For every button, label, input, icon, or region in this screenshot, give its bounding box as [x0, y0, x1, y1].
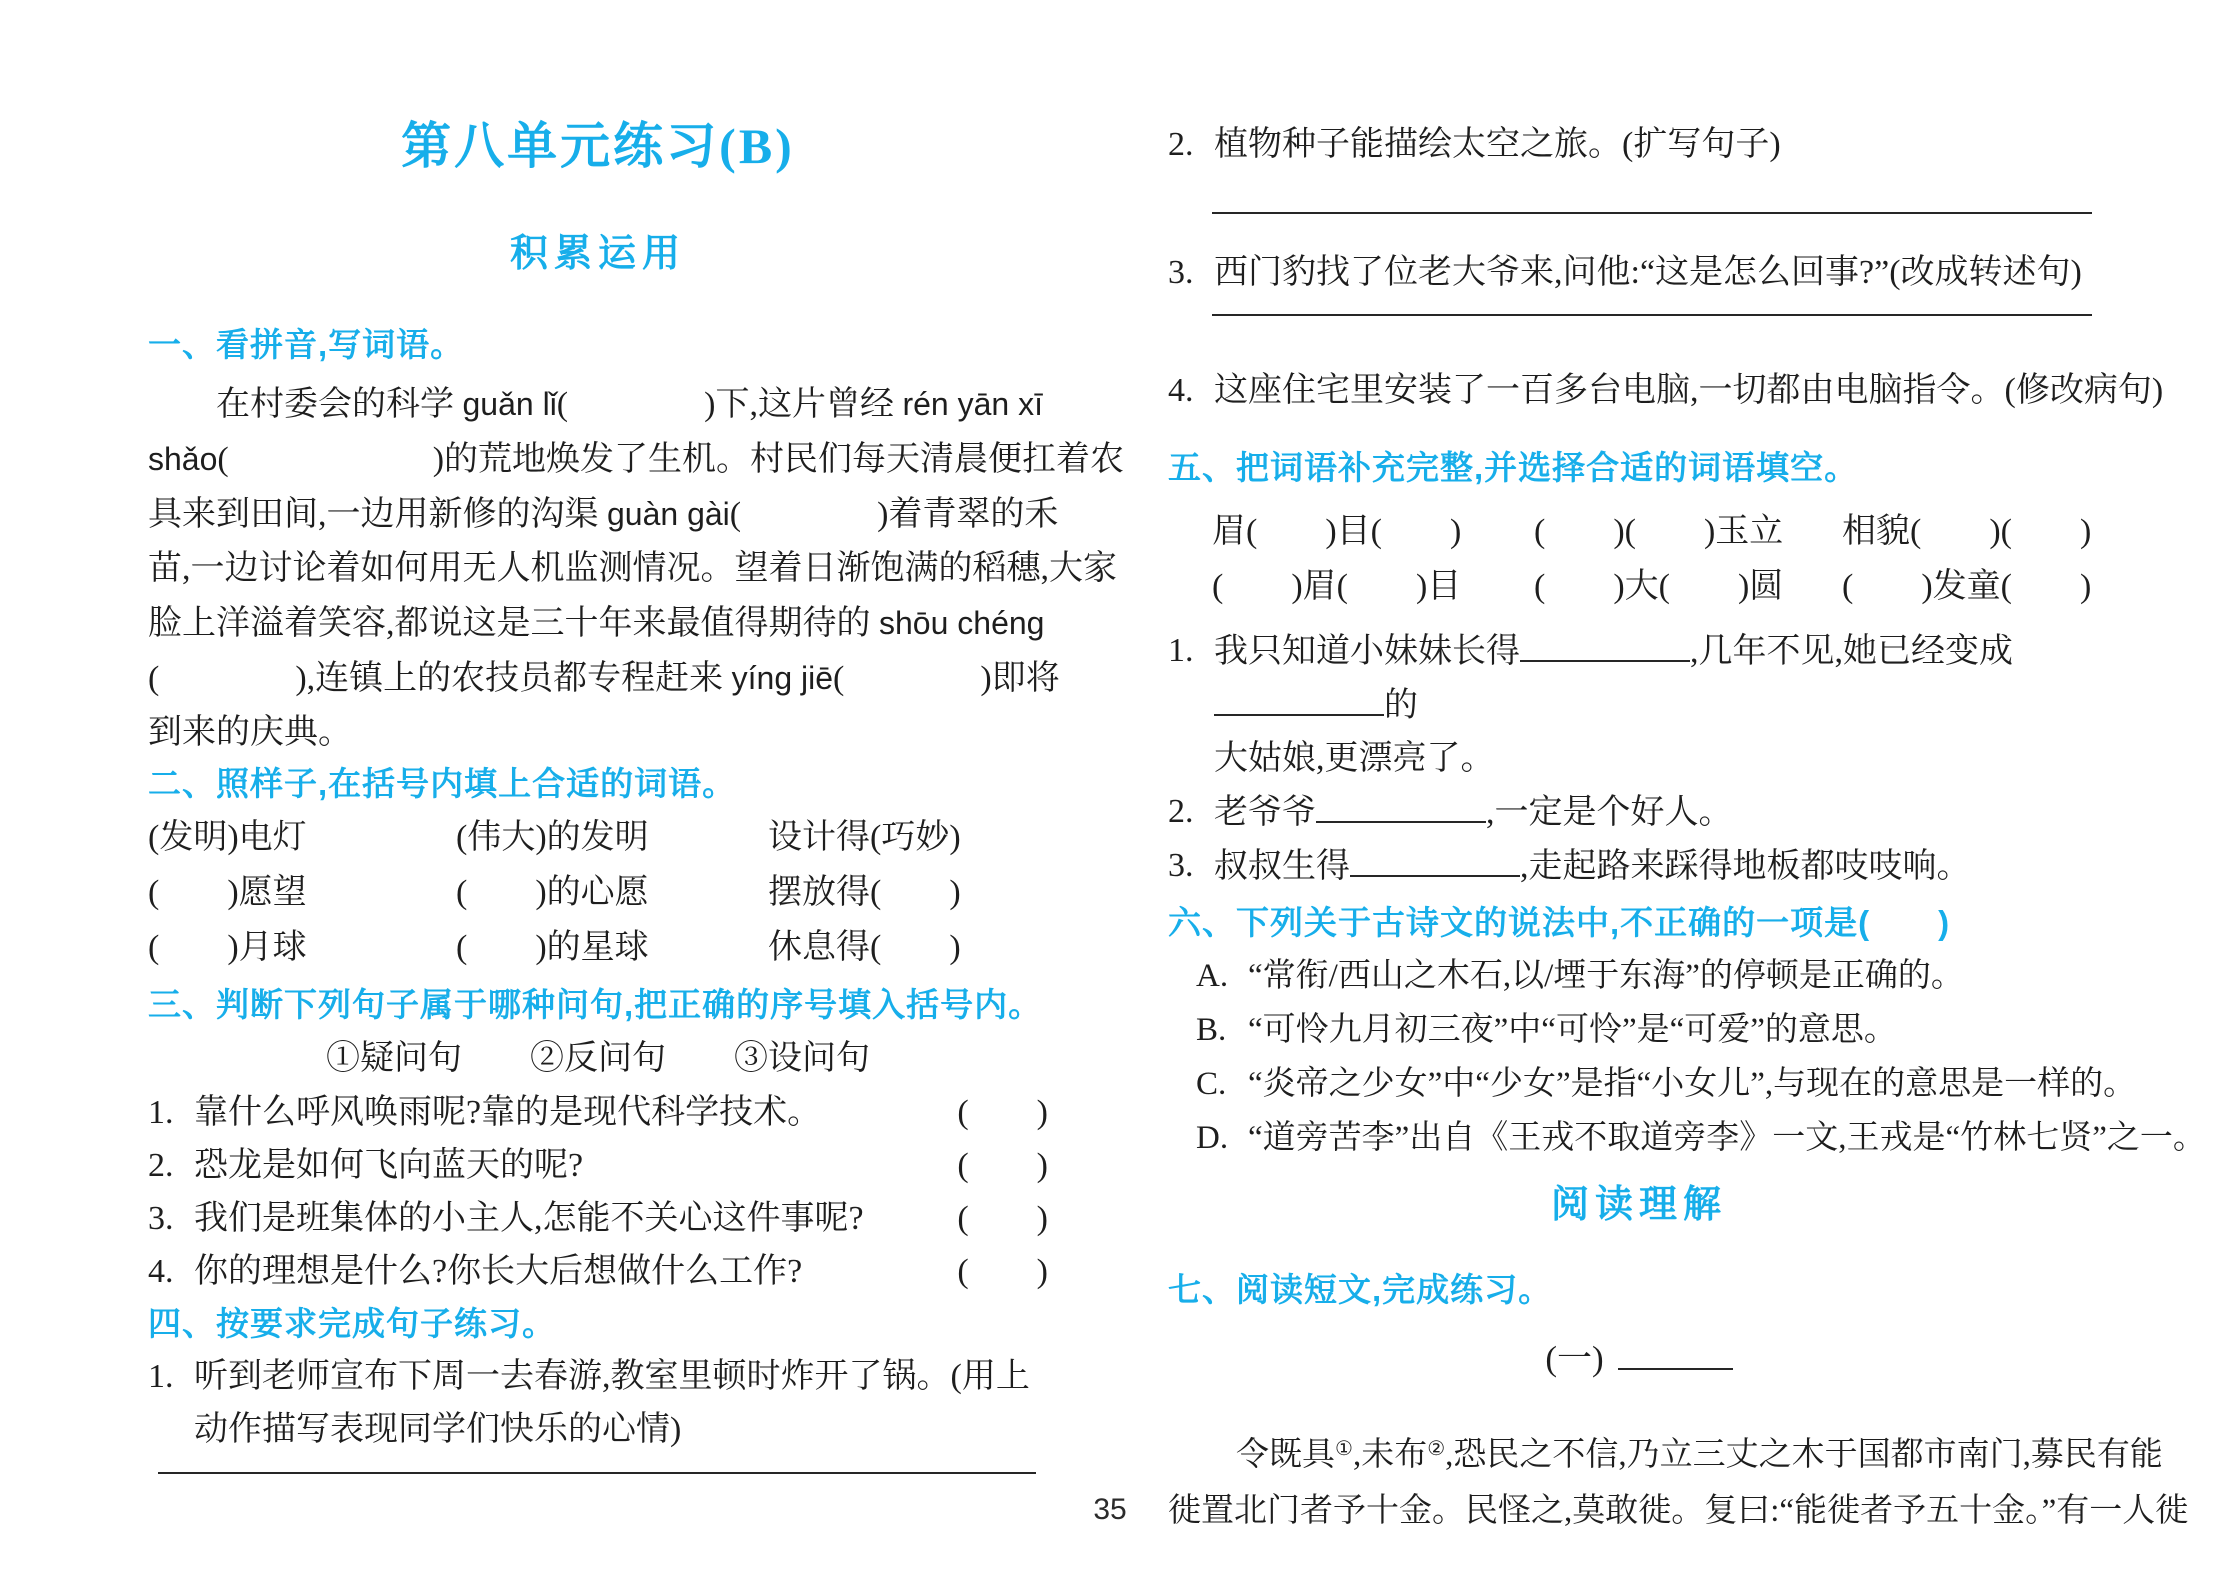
item-number: 2. [1168, 118, 1214, 172]
passage-text: 令既具 [1236, 1437, 1335, 1473]
bracket-answer: ( ) [957, 1192, 1048, 1245]
word-fill-cell: ( )的星球 [456, 920, 768, 975]
item-number: 3. [1168, 246, 1214, 300]
sentence-exercise-item: 1. 听到老师宣布下周一去春游,教室里顿时炸开了锅。(用上动作描写表现同学们快乐… [148, 1350, 1048, 1456]
section7-heading: 七、阅读短文,完成练习。 [1168, 1268, 2110, 1312]
chinese-text: ( )即将 [833, 660, 1060, 697]
part-title-reading: 阅读理解 [1168, 1173, 2110, 1228]
option-letter: C. [1196, 1057, 1248, 1111]
chinese-text: 在村委会的科学 [216, 386, 463, 423]
item-text-segment: 老爷爷 [1214, 794, 1316, 831]
item-text: 我只知道小妹妹长得,几年不见,她已经变成的大姑娘,更漂亮了。 [1214, 624, 2110, 785]
footnote-marker-1: ① [1335, 1438, 1353, 1460]
bracket-answer: ( ) [957, 1086, 1048, 1139]
item-text: 听到老师宣布下周一去春游,教室里顿时炸开了锅。(用上动作描写表现同学们快乐的心情… [194, 1350, 1048, 1456]
item-text: 植物种子能描绘太空之旅。(扩写句子) [1214, 118, 1781, 172]
item-text: 西门豹找了位老大爷来,问他:“这是怎么回事?”(改成转述句) [1214, 246, 2082, 300]
answer-line [158, 1472, 1036, 1474]
item-text: 叔叔生得,走起路来踩得地板都吱吱响。 [1214, 839, 2110, 893]
option-letter: D. [1196, 1111, 1248, 1165]
left-column: 第八单元练习(B) 积累运用 一、看拼音,写词语。 在村委会的科学 guǎn l… [148, 0, 1048, 1474]
idiom-fill-cell: ( )眉( )目 [1212, 559, 1534, 614]
item-text: 恐龙是如何飞向蓝天的呢? [194, 1139, 583, 1192]
chinese-text: ( )着青翠的禾 [730, 496, 1059, 533]
item-text: 靠什么呼风唤雨呢?靠的是现代科学技术。 [194, 1086, 821, 1139]
item-text-segment: ,几年不见,她已经变成 [1690, 633, 2013, 670]
word-fill-cell: (伟大)的发明 [456, 810, 768, 865]
idiom-fill-cell: ( )发童( ) [1842, 559, 2110, 614]
title-blank [1618, 1334, 1733, 1370]
item-number: 1. [1168, 624, 1214, 785]
idiom-sentence-item: 1. 我只知道小妹妹长得,几年不见,她已经变成的大姑娘,更漂亮了。 [1168, 624, 2110, 785]
option-item: D. “道旁苦李”出自《王戎不取道旁李》一文,王戎是“竹林七贤”之一。 [1168, 1111, 2110, 1165]
paragraph-line: 脸上洋溢着笑容,都说这是三十年来最值得期待的 shōu chéng [148, 596, 1048, 651]
section4-heading: 四、按要求完成句子练习。 [148, 1302, 1048, 1346]
item-text-segment: 我只知道小妹妹长得 [1214, 633, 1520, 670]
item-text: 我们是班集体的小主人,怎能不关心这件事呢? [194, 1192, 864, 1245]
section2-heading: 二、照样子,在括号内填上合适的词语。 [148, 762, 1048, 806]
chinese-text: ( )的荒地焕发了生机。村民们每天清晨便扛着农 [217, 441, 1124, 478]
item-number: 3. [148, 1192, 194, 1245]
word-fill-cell: (发明)电灯 [148, 810, 456, 865]
item-text-segment: 的 [1384, 687, 1418, 724]
worksheet-page: 第八单元练习(B) 积累运用 一、看拼音,写词语。 在村委会的科学 guǎn l… [0, 0, 2220, 1571]
item-text: 这座住宅里安装了一百多台电脑,一切都由电脑指令。(修改病句) [1214, 364, 2163, 418]
pinyin-paragraph: 在村委会的科学 guǎn lǐ( )下,这片曾经 rén yān xī shǎo… [148, 377, 1048, 760]
paragraph-line: ( ),连镇上的农技员都专程赶来 yíng jiē( )即将 [148, 651, 1048, 706]
idiom-fill-grid: 眉( )目( ) ( )( )玉立 相貌( )( ) ( )眉( )目 ( )大… [1168, 504, 2110, 614]
pinyin-text: guǎn lǐ [463, 386, 557, 422]
idiom-sentence-item: 3. 叔叔生得,走起路来踩得地板都吱吱响。 [1168, 839, 2110, 893]
passage-label: (一) [1545, 1339, 1603, 1378]
chinese-text: ( )下,这片曾经 [557, 386, 903, 423]
option-text: “道旁苦李”出自《王戎不取道旁李》一文,王戎是“竹林七贤”之一。 [1248, 1111, 2206, 1165]
question-item: 4.你的理想是什么?你长大后想做什么工作? ( ) [148, 1245, 1048, 1298]
item-text-segment: ,一定是个好人。 [1486, 794, 1733, 831]
pinyin-text: guàn gài [607, 496, 730, 532]
sentence-exercise-item: 2. 植物种子能描绘太空之旅。(扩写句子) [1168, 118, 2110, 172]
word-fill-cell: ( )的心愿 [456, 865, 768, 920]
bracket-answer: ( ) [957, 1139, 1048, 1192]
word-fill-cell: 休息得( ) [768, 920, 1048, 975]
idiom-sentence-item: 2. 老爷爷,一定是个好人。 [1168, 785, 2110, 839]
option-letter: B. [1196, 1003, 1248, 1057]
idiom-fill-cell: 眉( )目( ) [1212, 504, 1534, 559]
item-text: 老爷爷,一定是个好人。 [1214, 785, 2110, 839]
item-number: 2. [148, 1139, 194, 1192]
right-column: 2. 植物种子能描绘太空之旅。(扩写句子) 3. 西门豹找了位老大爷来,问他:“… [1168, 0, 2110, 1539]
sentence-exercise-item: 4. 这座住宅里安装了一百多台电脑,一切都由电脑指令。(修改病句) [1168, 364, 2110, 418]
sentence-exercise-item: 3. 西门豹找了位老大爷来,问他:“这是怎么回事?”(改成转述句) [1168, 246, 2110, 300]
bracket-answer: ( ) [957, 1245, 1048, 1298]
word-fill-cell: 摆放得( ) [768, 865, 1048, 920]
item-number: 1. [148, 1350, 194, 1456]
item-number: 3. [1168, 839, 1214, 893]
section6-heading: 六、下列关于古诗文的说法中,不正确的一项是( ) [1168, 901, 2110, 945]
passage-subtitle: (一) [1168, 1334, 2110, 1381]
chinese-text: ( ),连镇上的农技员都专程赶来 [148, 660, 732, 697]
question-item: 3.我们是班集体的小主人,怎能不关心这件事呢? ( ) [148, 1192, 1048, 1245]
item-text-segment: ,走起路来踩得地板都吱吱响。 [1520, 848, 1971, 885]
pinyin-text: rén yān xī [902, 386, 1043, 422]
option-item: A. “常衔/西山之木石,以/堙于东海”的停顿是正确的。 [1168, 949, 2110, 1003]
answer-line [1212, 212, 2092, 214]
idiom-sentence-list: 1. 我只知道小妹妹长得,几年不见,她已经变成的大姑娘,更漂亮了。 2. 老爷爷… [1168, 624, 2110, 893]
answer-blank [1520, 624, 1690, 662]
doc-title: 第八单元练习(B) [148, 106, 1048, 178]
option-text: “炎帝之少女”中“少女”是指“小女儿”,与现在的意思是一样的。 [1248, 1057, 2136, 1111]
idiom-fill-cell: ( )( )玉立 [1534, 504, 1842, 559]
passage-line: 令既具①,未布②,恐民之不信,乃立三丈之木于国都市南门,募民有能 [1168, 1421, 2110, 1483]
item-number: 4. [148, 1245, 194, 1298]
answer-blank [1214, 678, 1384, 716]
item-text-segment: 大姑娘,更漂亮了。 [1214, 740, 1495, 777]
question-list: 1.靠什么呼风唤雨呢?靠的是现代科学技术。 ( ) 2.恐龙是如何飞向蓝天的呢?… [148, 1086, 1048, 1298]
paragraph-line: shǎo( )的荒地焕发了生机。村民们每天清晨便扛着农 [148, 432, 1048, 487]
word-fill-cell: ( )愿望 [148, 865, 456, 920]
item-number: 2. [1168, 785, 1214, 839]
item-number: 1. [148, 1086, 194, 1139]
part-title-accumulate: 积累运用 [148, 222, 1048, 277]
passage-text: ,恐民之不信,乃立三丈之木于国都市南门,募民有能 [1445, 1437, 2163, 1473]
chinese-text: 到来的庆典。 [148, 714, 352, 751]
option-text: “常衔/西山之木石,以/堙于东海”的停顿是正确的。 [1248, 949, 1964, 1003]
item-text: 你的理想是什么?你长大后想做什么工作? [194, 1245, 802, 1298]
option-item: C. “炎帝之少女”中“少女”是指“小女儿”,与现在的意思是一样的。 [1168, 1057, 2110, 1111]
section1-heading: 一、看拼音,写词语。 [148, 323, 1048, 367]
page-number: 35 [0, 1493, 2220, 1527]
section3-heading: 三、判断下列句子属于哪种问句,把正确的序号填入括号内。 [148, 983, 1048, 1027]
answer-line [1212, 314, 2092, 316]
item-number: 4. [1168, 364, 1214, 418]
paragraph-line: 苗,一边讨论着如何用无人机监测情况。望着日渐饱满的稻穗,大家 [148, 542, 1048, 596]
pinyin-text: shǎo [148, 441, 217, 477]
paragraph-line: 在村委会的科学 guǎn lǐ( )下,这片曾经 rén yān xī [148, 377, 1048, 432]
pinyin-text: shōu chéng [879, 605, 1044, 641]
question-type-legend: ①疑问句 ②反问句 ③设问句 [148, 1031, 1048, 1086]
chinese-text: 具来到田间,一边用新修的沟渠 [148, 496, 607, 533]
idiom-fill-cell: ( )大( )圆 [1534, 559, 1842, 614]
question-item: 1.靠什么呼风唤雨呢?靠的是现代科学技术。 ( ) [148, 1086, 1048, 1139]
word-fill-cell: ( )月球 [148, 920, 456, 975]
multiple-choice-options: A. “常衔/西山之木石,以/堙于东海”的停顿是正确的。 B. “可怜九月初三夜… [1168, 949, 2110, 1165]
word-fill-cell: 设计得(巧妙) [768, 810, 1048, 865]
chinese-text: 脸上洋溢着笑容,都说这是三十年来最值得期待的 [148, 605, 879, 642]
item-text-segment: 叔叔生得 [1214, 848, 1350, 885]
option-text: “可怜九月初三夜”中“可怜”是“可爱”的意思。 [1248, 1003, 1897, 1057]
question-item: 2.恐龙是如何飞向蓝天的呢? ( ) [148, 1139, 1048, 1192]
idiom-fill-cell: 相貌( )( ) [1842, 504, 2110, 559]
paragraph-line: 到来的庆典。 [148, 706, 1048, 760]
chinese-text: 苗,一边讨论着如何用无人机监测情况。望着日渐饱满的稻穗,大家 [148, 550, 1117, 587]
footnote-marker-2: ② [1427, 1438, 1445, 1460]
pinyin-text: yíng jiē [732, 660, 833, 696]
passage-text: ,未布 [1353, 1437, 1427, 1473]
option-item: B. “可怜九月初三夜”中“可怜”是“可爱”的意思。 [1168, 1003, 2110, 1057]
option-letter: A. [1196, 949, 1248, 1003]
answer-blank [1316, 785, 1486, 823]
word-fill-grid: (发明)电灯 (伟大)的发明 设计得(巧妙) ( )愿望 ( )的心愿 摆放得(… [148, 810, 1048, 975]
section5-heading: 五、把词语补充完整,并选择合适的词语填空。 [1168, 446, 2110, 490]
paragraph-line: 具来到田间,一边用新修的沟渠 guàn gài( )着青翠的禾 [148, 487, 1048, 542]
answer-blank [1350, 839, 1520, 877]
